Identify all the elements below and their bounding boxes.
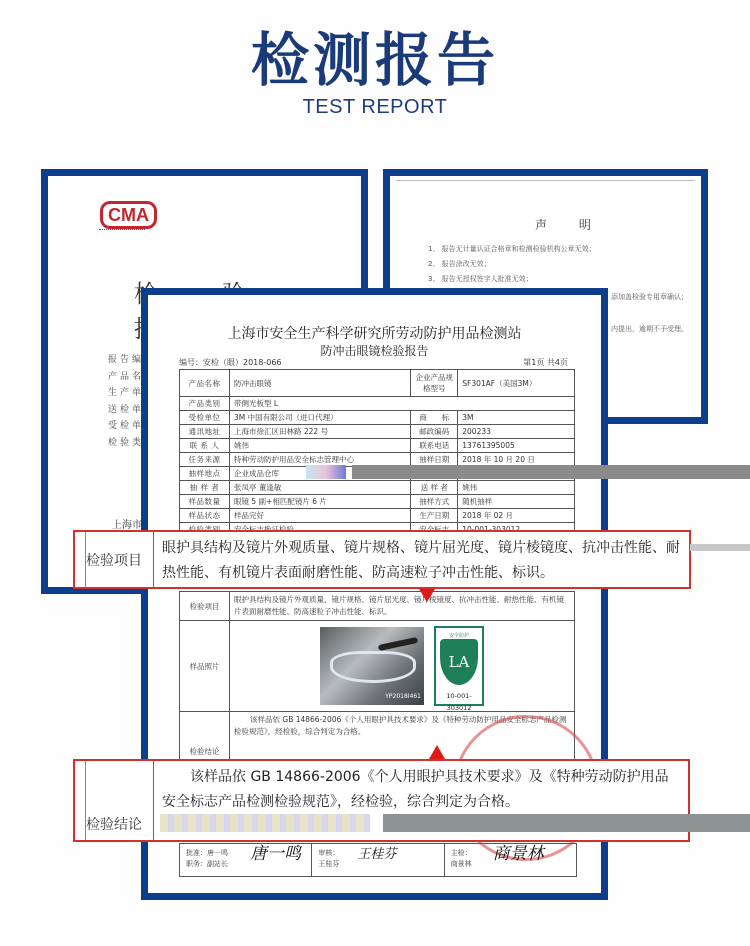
sample-photo: YP2018I461 xyxy=(320,627,424,705)
table-row: 受检单位 3M 中国有限公司（进口代理） 商 标 3M xyxy=(180,411,575,425)
image-artifact xyxy=(160,814,370,832)
spec-table: 产品名称 防冲击眼镜 企业产品规格型号 SF301AF（美国3M） 产品类别 带… xyxy=(179,369,575,537)
image-artifact xyxy=(383,814,750,832)
report-number: 编号：安检（眼）2018-066 xyxy=(179,357,282,368)
page-subtitle: TEST REPORT xyxy=(0,96,750,119)
table-row: 产品类别 带侧光板型 L xyxy=(180,397,575,411)
glasses-icon xyxy=(330,651,416,683)
table-row: 抽 样 者 张凤亭 董逢敏 送 样 者 姚伟 xyxy=(180,481,575,495)
image-artifact xyxy=(352,465,750,479)
table-row: 样品照片 YP2018I461 安全防护 LA 10-001-303012 xyxy=(179,621,575,712)
image-artifact xyxy=(690,544,750,551)
declaration-list: 1、 报告无计量认证合格章和检测检验机构公章无效； 2、 报告涂改无效； 3、 … xyxy=(428,242,596,287)
arrow-up-icon xyxy=(429,745,445,759)
signature-row: 批准：唐一鸣 职务：副站长 唐一鸣 审核： 王桂芬 王桂芬 主检： 商景林 商景… xyxy=(179,843,577,877)
divider xyxy=(396,180,695,181)
table-row: 联 系 人 姚伟 联系电话 13761395005 xyxy=(180,439,575,453)
table-row: 通讯地址 上海市徐汇区田林路 222 号 邮政编码 200233 xyxy=(180,425,575,439)
report-meta: 编号：安检（眼）2018-066 第1页 共4页 xyxy=(179,357,568,368)
table-row: 产品名称 防冲击眼镜 企业产品规格型号 SF301AF（美国3M） xyxy=(180,370,575,397)
table-row: 样品数量 眼镜 5 副+相匹配镜片 6 片 抽样方式 随机抽样 xyxy=(180,495,575,509)
arrow-down-icon xyxy=(419,589,435,602)
shield-icon: LA xyxy=(440,639,478,685)
institution-name: 上海市安全生产科学研究所劳动防护用品检测站 xyxy=(148,323,601,343)
cover-labels: 报告编 产品名 生产单 送检单 受检单 检验类 xyxy=(108,352,144,451)
table-row: 检验项目 眼护具结构及镜片外观质量、镜片规格、镜片屈光度、镜片棱镜度、抗冲击性能… xyxy=(179,591,575,621)
image-artifact xyxy=(306,465,346,479)
page-info: 第1页 共4页 xyxy=(523,357,568,368)
cma-logo-subtext xyxy=(99,229,145,232)
signature-approver: 批准：唐一鸣 职务：副站长 唐一鸣 xyxy=(180,844,312,876)
cma-logo: CMA xyxy=(100,201,157,229)
table-row: 样品状态 样品完好 生产日期 2018 年 02 月 xyxy=(180,509,575,523)
declaration-title: 声 明 xyxy=(535,216,605,233)
signature-reviewer: 审核： 王桂芬 王桂芬 xyxy=(312,844,444,876)
signature-inspector: 主检： 商景林 商景林 xyxy=(445,844,576,876)
la-safety-mark: 安全防护 LA 10-001-303012 xyxy=(434,626,484,706)
page-title: 检测报告 xyxy=(0,28,750,92)
highlight-inspection-items: 检验项目 眼护具结构及镜片外观质量、镜片规格、镜片屈光度、镜片棱镜度、抗冲击性能… xyxy=(73,530,691,589)
